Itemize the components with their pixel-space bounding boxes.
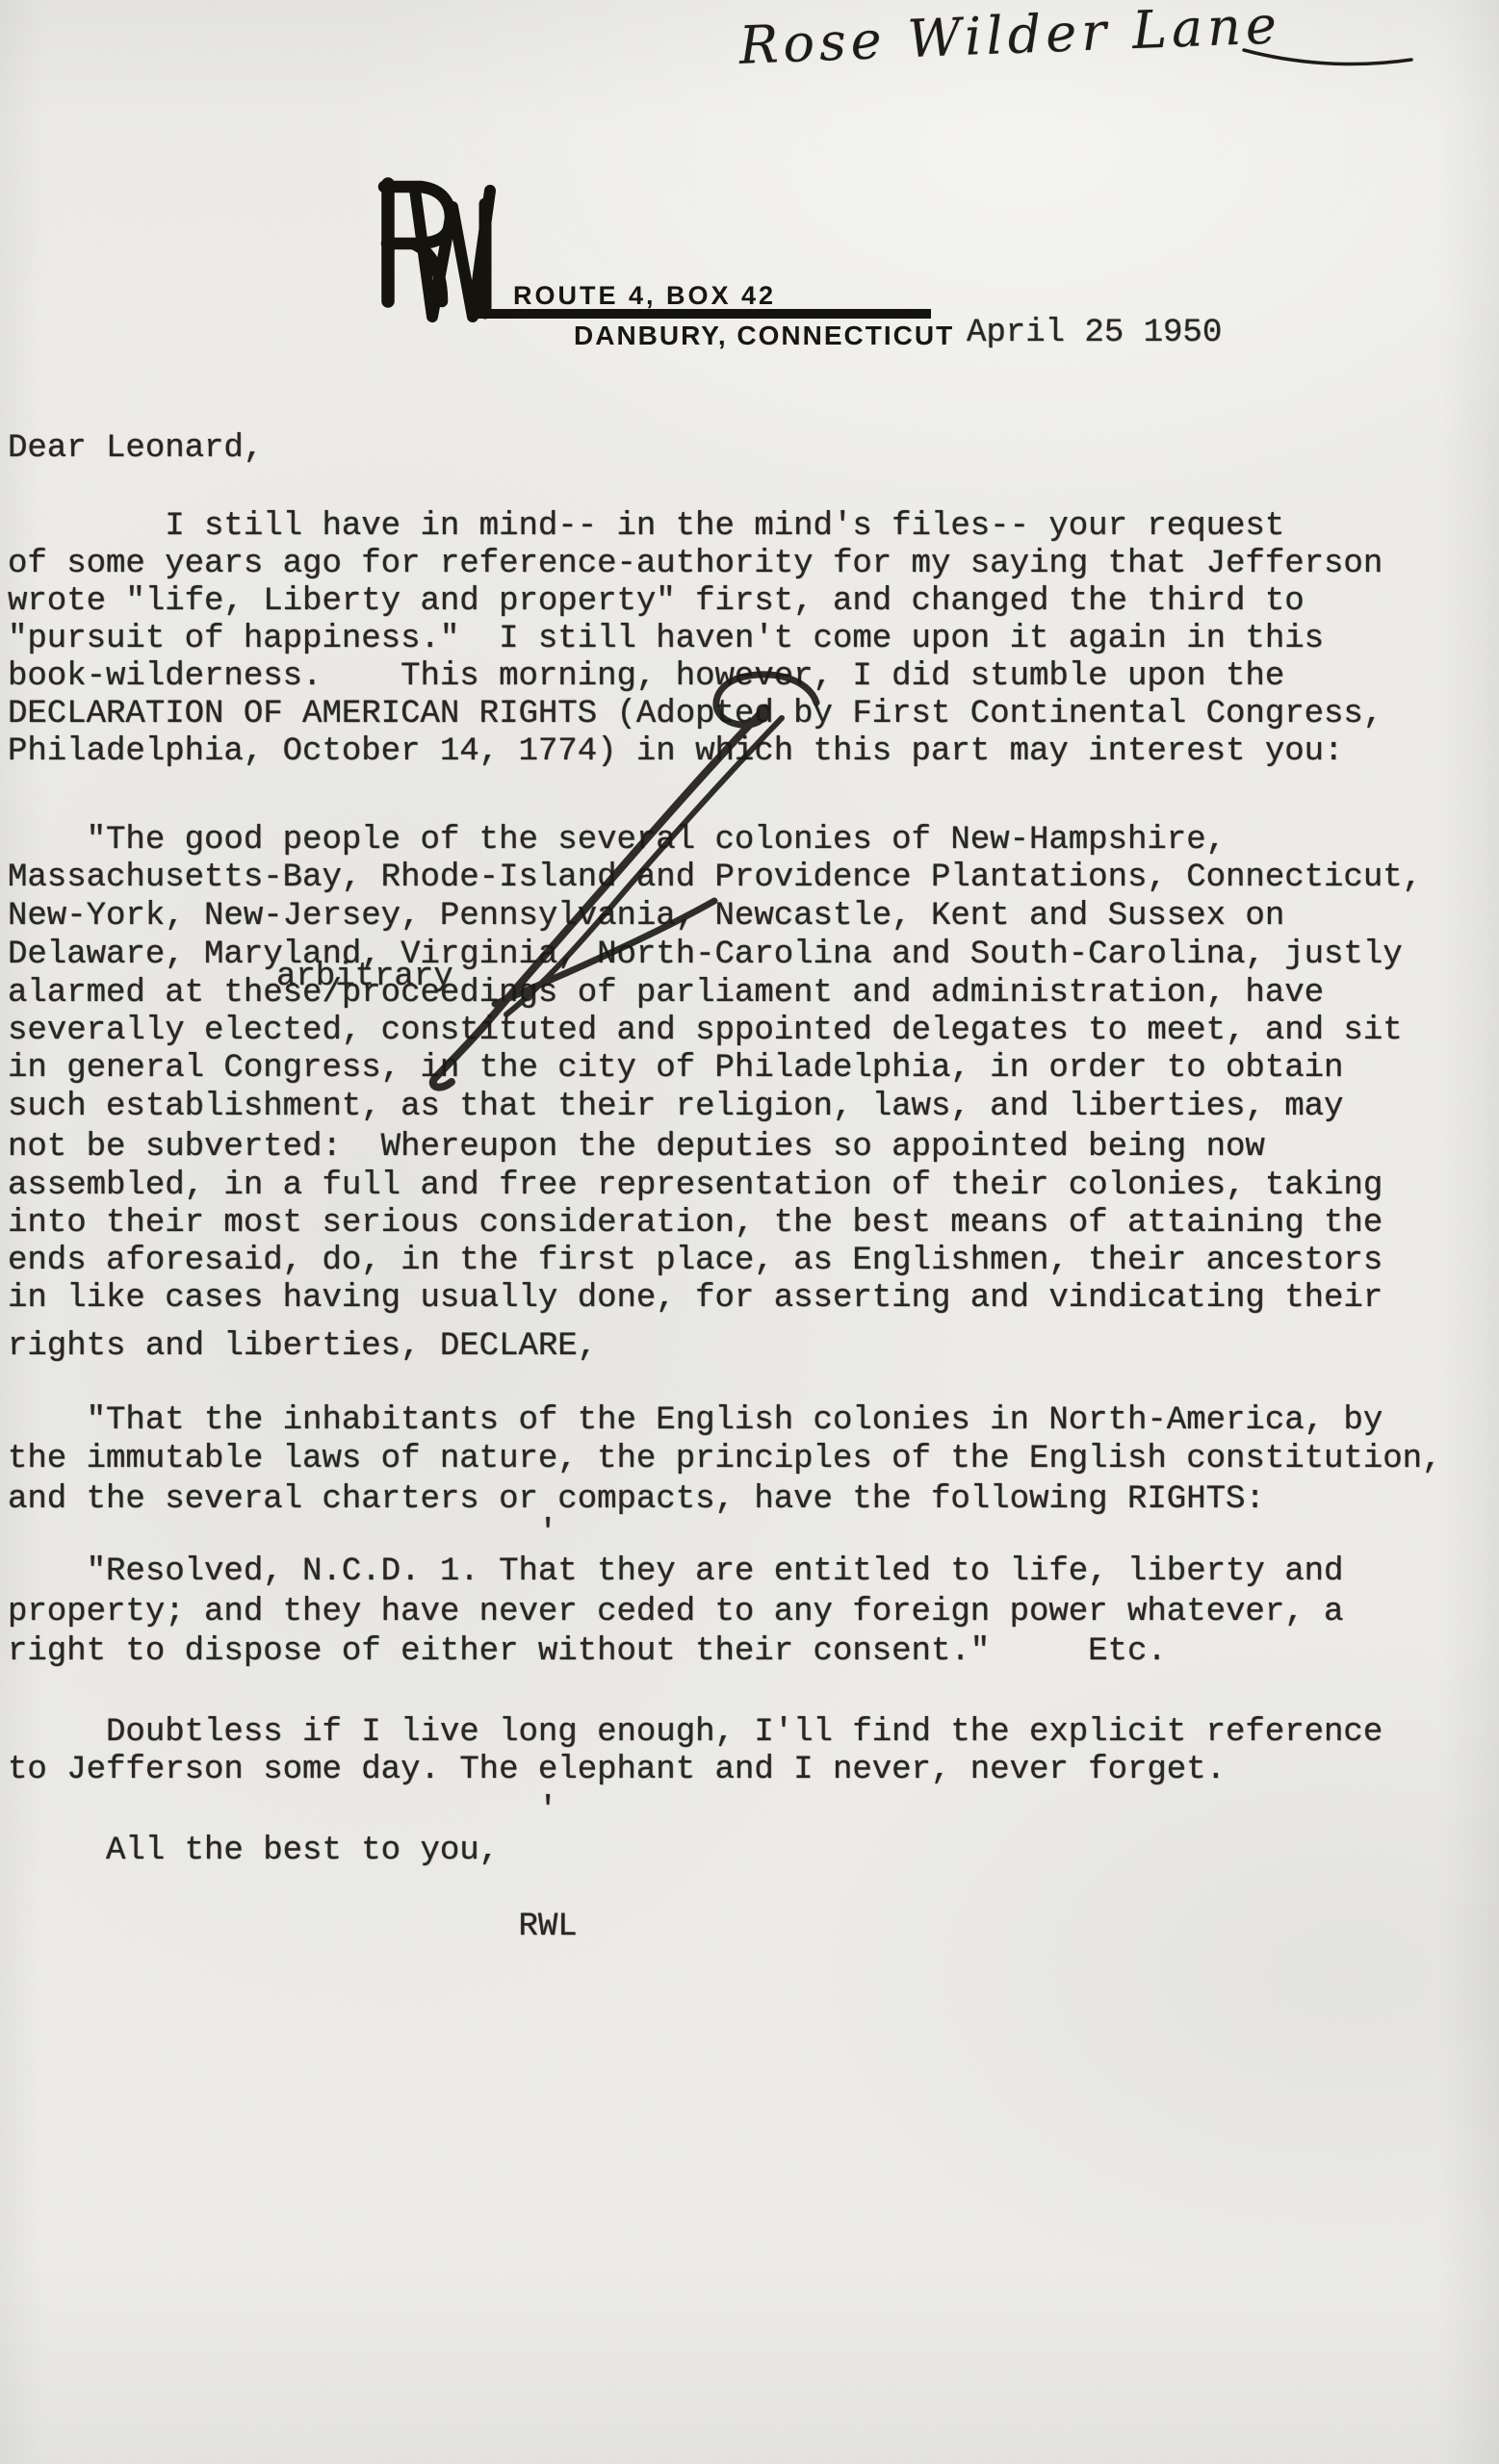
letter-line: book-wilderness. This morning, however, …: [8, 660, 1284, 693]
letter-date: April 25 1950: [967, 317, 1222, 349]
letterhead-address-line1: ROUTE 4, BOX 42: [513, 281, 776, 311]
letter-line: in general Congress, in the city of Phil…: [8, 1052, 1343, 1085]
letter-line: Massachusetts-Bay, Rhode-Island and Prov…: [8, 861, 1422, 894]
letter-line: property; and they have never ceded to a…: [8, 1596, 1343, 1629]
letter-line: severally elected, constituted and sppoi…: [8, 1014, 1403, 1047]
letter-line: and the several charters or compacts, ha…: [8, 1483, 1265, 1516]
letter-line: Delaware, Maryland, Virginia, North-Caro…: [8, 938, 1403, 971]
letter-line: of some years ago for reference-authorit…: [8, 548, 1383, 580]
letter-line: not be subverted: Whereupon the deputies…: [8, 1131, 1265, 1164]
letter-line: ': [8, 1794, 557, 1827]
letter-line: ': [8, 1517, 557, 1550]
letter-line: rights and liberties, DECLARE,: [8, 1330, 597, 1363]
letter-line: into their most serious consideration, t…: [8, 1207, 1383, 1240]
letterhead-address-line2: DANBURY, CONNECTICUT: [574, 321, 954, 351]
letter-line: "The good people of the several colonies…: [8, 824, 1226, 857]
letter-line: assembled, in a full and free representa…: [8, 1169, 1383, 1202]
letter-line: to Jefferson some day. The elephant and …: [8, 1754, 1226, 1786]
rwl-monogram-icon: [0, 0, 963, 346]
letter-line: "pursuit of happiness." I still haven't …: [8, 623, 1324, 655]
letter-line: DECLARATION OF AMERICAN RIGHTS (Adopted …: [8, 698, 1383, 731]
letter-page: Rose Wilder Lane ROUTE 4, BOX 42 DANBURY…: [0, 0, 1499, 2464]
letter-line: I still have in mind-- in the mind's fil…: [8, 510, 1284, 543]
letter-line: alarmed at these/proceedings of parliame…: [8, 977, 1324, 1010]
letter-line: the immutable laws of nature, the princi…: [8, 1443, 1441, 1476]
letter-line: "Resolved, N.C.D. 1. That they are entit…: [8, 1555, 1343, 1588]
letter-line: New-York, New-Jersey, Pennsylvania, Newc…: [8, 900, 1284, 933]
letter-line: Doubtless if I live long enough, I'll fi…: [8, 1716, 1383, 1749]
letter-line: ends aforesaid, do, in the first place, …: [8, 1245, 1383, 1277]
letter-line: "That the inhabitants of the English col…: [8, 1404, 1383, 1437]
letter-line: Dear Leonard,: [8, 432, 263, 465]
letter-line: right to dispose of either without their…: [8, 1635, 1167, 1668]
letter-line: RWL: [8, 1911, 578, 1943]
letter-line: All the best to you,: [8, 1835, 499, 1867]
typed-insertion-arbitrary: arbitrary: [276, 961, 453, 993]
letter-line: in like cases having usually done, for a…: [8, 1282, 1383, 1315]
letter-line: wrote "life, Liberty and property" first…: [8, 585, 1305, 618]
letter-line: Philadelphia, October 14, 1774) in which…: [8, 735, 1343, 768]
letter-line: such establishment, as that their religi…: [8, 1091, 1343, 1123]
